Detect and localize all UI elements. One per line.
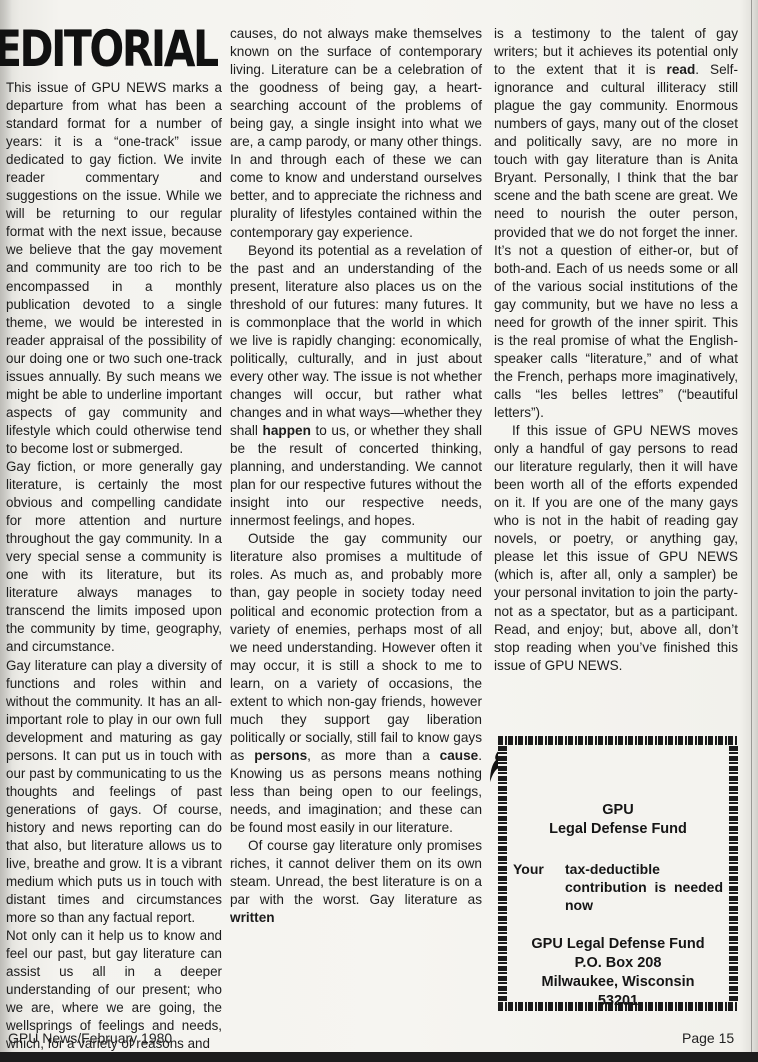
paragraph: Of course gay literature only promises r… — [230, 837, 482, 927]
emphasis-text: written — [230, 910, 275, 925]
paragraph: causes, do not always make themselves kn… — [230, 25, 482, 242]
emphasis-text: happen — [263, 423, 311, 438]
ad-appeal-text: tax-deductible contribution is needed no… — [565, 860, 723, 914]
issue-footer: GPU News/February 1980 — [8, 1030, 172, 1046]
ad-appeal-lead: Your — [513, 860, 544, 878]
paragraph: If this issue of GPU NEWS moves only a h… — [494, 422, 738, 675]
address-line: 53201 — [507, 992, 729, 1011]
address-line: GPU Legal Defense Fund — [507, 935, 729, 954]
ad-title: GPU Legal Defense Fund — [507, 801, 729, 839]
ad-content: GPU Legal Defense Fund Your tax-deductib… — [507, 745, 729, 1002]
paragraph: Gay literature can play a diversity of f… — [0, 657, 222, 928]
page-title: EDITORIAL — [0, 24, 217, 74]
page-bottom-edge — [0, 1052, 758, 1062]
text-run: Of course gay literature only promises r… — [230, 838, 482, 907]
ad-mailing-address: GPU Legal Defense Fund P.O. Box 208 Milw… — [507, 935, 729, 1011]
text-run: Outside the gay community our literature… — [230, 531, 482, 763]
text-run: Beyond its potential as a revelation of … — [230, 243, 482, 438]
article-column-1: This issue of GPU NEWS marks a departure… — [0, 79, 222, 1054]
paragraph: Outside the gay community our literature… — [230, 530, 482, 837]
article-column-3: is a testimony to the talent of gay writ… — [494, 25, 738, 675]
ad-title-line: Legal Defense Fund — [507, 820, 729, 839]
emphasis-text: read — [667, 62, 696, 77]
address-line: P.O. Box 208 — [507, 954, 729, 973]
emphasis-text: persons — [254, 748, 307, 763]
page-edge-rule — [751, 0, 752, 1052]
article-column-2: causes, do not always make themselves kn… — [230, 25, 482, 927]
text-run: . Self-ignorance and cultural illiteracy… — [494, 62, 738, 420]
text-run: , as more than a — [307, 748, 440, 763]
page-number: Page 15 — [682, 1030, 734, 1046]
paragraph: This issue of GPU NEWS marks a departure… — [0, 79, 222, 458]
emphasis-text: cause — [440, 748, 479, 763]
address-line: Milwaukee, Wisconsin — [507, 973, 729, 992]
ad-title-line: GPU — [507, 801, 729, 820]
paragraph: Gay fiction, or more generally gay liter… — [0, 458, 222, 657]
legal-defense-fund-ad: GPU Legal Defense Fund Your tax-deductib… — [498, 736, 738, 1011]
paragraph: is a testimony to the talent of gay writ… — [494, 25, 738, 422]
paragraph: Beyond its potential as a revelation of … — [230, 242, 482, 531]
text-run: to us, or whether they shall be the resu… — [230, 423, 482, 528]
